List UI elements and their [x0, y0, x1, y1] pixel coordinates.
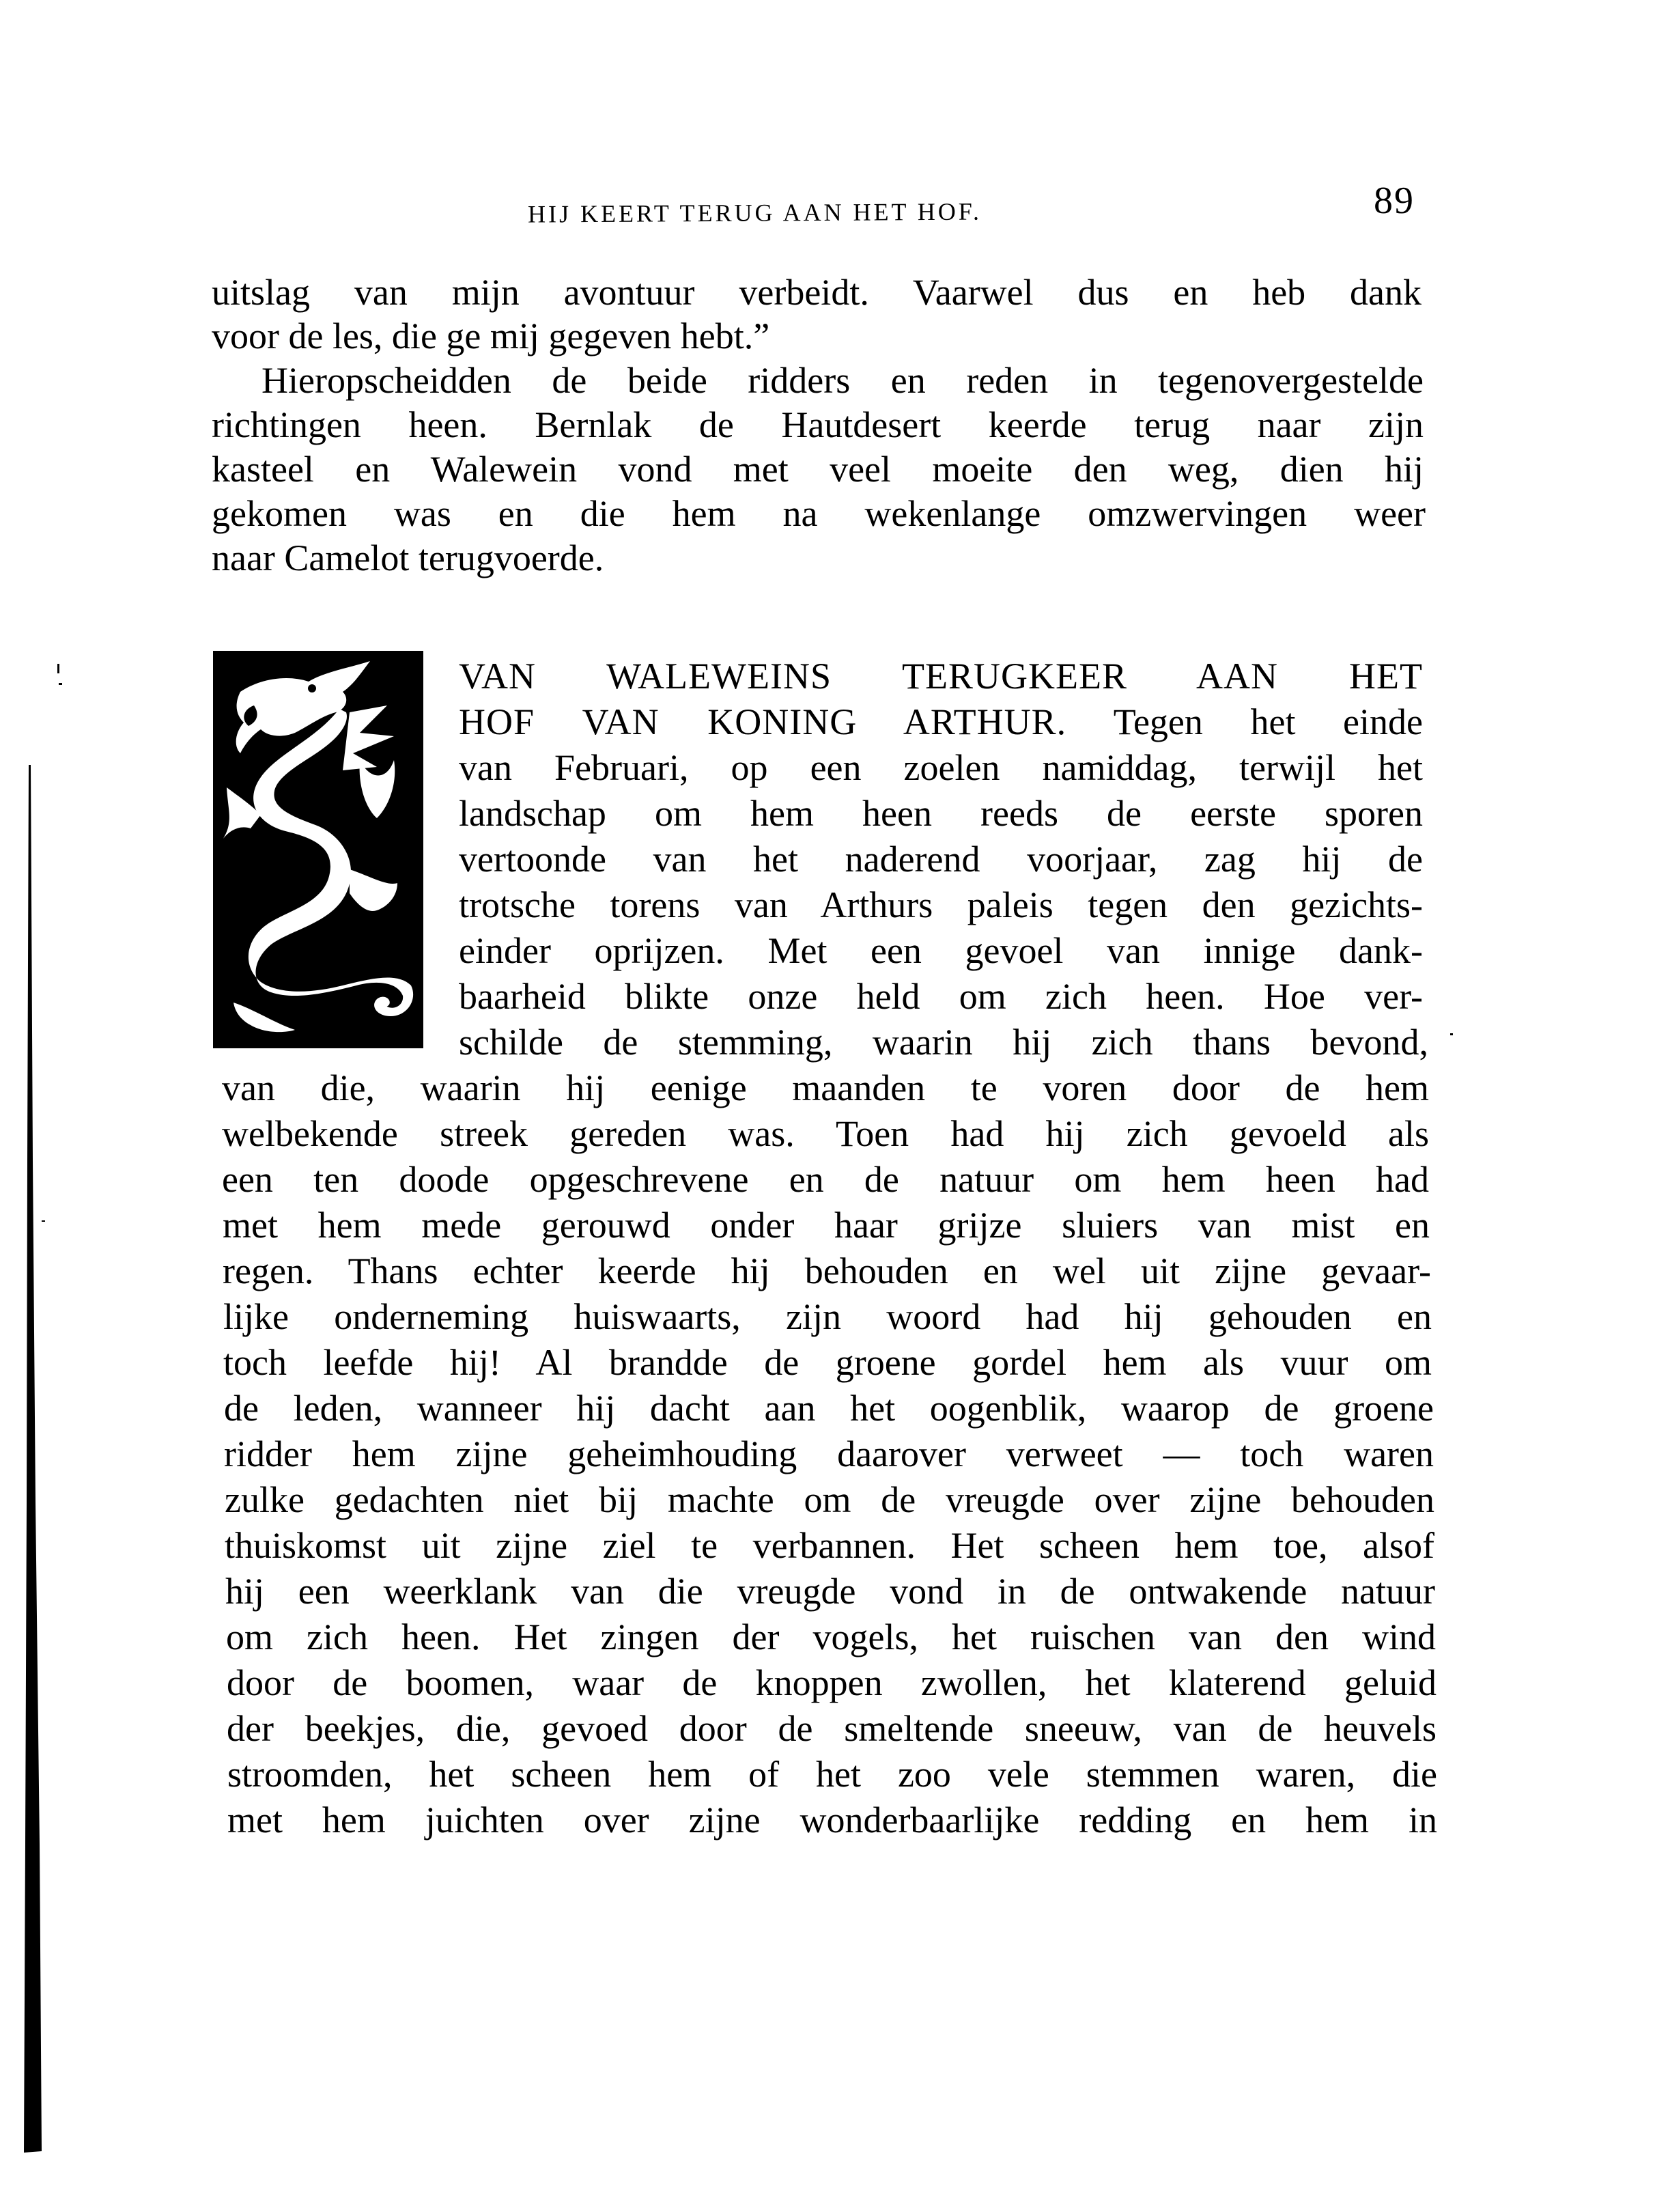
- text-line: regen. Thans echter keerde hij behouden …: [223, 1250, 1431, 1291]
- text-line: baarheid blikte onze held om zich heen. …: [459, 976, 1423, 1017]
- dragon-icon: [213, 651, 423, 1048]
- scan-edge-shadow: [0, 0, 82, 2212]
- page-number: 89: [1374, 179, 1415, 223]
- section-heading-caps: HOF VAN KONING ARTHUR.: [459, 701, 1066, 742]
- text-line: door de boomen, waar de knoppen zwollen,…: [227, 1662, 1437, 1703]
- text-line: een ten doode opgeschrevene en de natuur…: [222, 1159, 1429, 1200]
- text-line: hij een weerklank van die vreugde vond i…: [225, 1571, 1435, 1612]
- text-line: Hieropscheidden de beide ridders en rede…: [261, 360, 1424, 401]
- text-line: van die, waarin hij eenige maanden te vo…: [222, 1067, 1429, 1108]
- text-line: ridder hem zijne geheimhouding daarover …: [224, 1433, 1434, 1474]
- running-head-title: HIJ KEERT TERUG AAN HET HOF.: [528, 196, 1115, 228]
- scan-speck: [59, 683, 62, 685]
- text-line: gekomen was en die hem na wekenlange omz…: [212, 493, 1426, 534]
- text-line: voor de les, die ge mij gegeven hebt.”: [212, 316, 1421, 356]
- text-line: landschap om hem heen reeds de eerste sp…: [459, 793, 1423, 834]
- scan-speck: [42, 1220, 45, 1222]
- text-line: trotsche torens van Arthurs paleis tegen…: [459, 884, 1423, 925]
- text-line: van Februari, op een zoelen namiddag, te…: [459, 747, 1423, 788]
- scan-speck: [57, 664, 59, 673]
- text-line: welbekende streek gereden was. Toen had …: [222, 1113, 1429, 1154]
- text-line: met hem mede gerouwd onder haar grijze s…: [223, 1205, 1430, 1246]
- text-line: met hem juichten over zijne wonderbaarli…: [227, 1800, 1437, 1840]
- text-line: schilde de stemming, waarin hij zich tha…: [459, 1022, 1428, 1063]
- text-line: toch leefde hij! Al brandde de groene go…: [223, 1342, 1432, 1383]
- text-line: uitslag van mijn avontuur verbeidt. Vaar…: [212, 272, 1421, 313]
- section-heading-line: HOF VAN KONING ARTHUR. Tegen het einde: [459, 701, 1423, 742]
- text-line: stroomden, het scheen hem of het zoo vel…: [227, 1754, 1437, 1795]
- text-line: om zich heen. Het zingen der vogels, het…: [226, 1616, 1436, 1657]
- text-line: de leden, wanneer hij dacht aan het ooge…: [224, 1388, 1434, 1429]
- book-page: HIJ KEERT TERUG AAN HET HOF. 89 uitslag …: [0, 0, 1655, 2212]
- text-line: thuiskomst uit zijne ziel te verbannen. …: [225, 1525, 1434, 1566]
- text-line: zulke gedachten niet bij machte om de vr…: [225, 1479, 1434, 1520]
- section-text-start: Tegen het einde: [1066, 701, 1423, 742]
- text-line: vertoonde van het naderend voorjaar, zag…: [459, 839, 1423, 880]
- section-heading-line: VAN WALEWEINS TERUGKEER AAN HET: [459, 656, 1423, 697]
- text-line: kasteel en Walewein vond met veel moeite…: [212, 449, 1424, 490]
- text-line: naar Camelot terugvoerde.: [212, 537, 1426, 578]
- scan-speck: [1450, 1033, 1453, 1035]
- text-line: einder oprijzen. Met een gevoel van inni…: [459, 930, 1423, 971]
- text-line: der beekjes, die, gevoed door de smelten…: [227, 1708, 1437, 1749]
- dragon-initial-ornament: [213, 651, 423, 1048]
- text-line: richtingen heen. Bernlak de Hautdesert k…: [212, 404, 1424, 445]
- text-line: lijke onderneming huiswaarts, zijn woord…: [223, 1296, 1432, 1337]
